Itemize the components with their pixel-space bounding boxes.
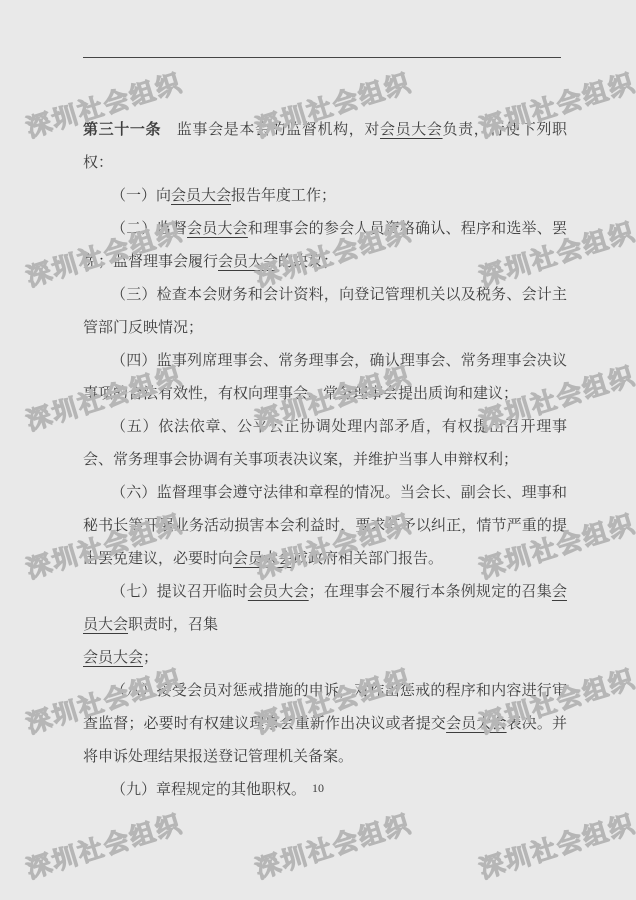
page-number: 10: [0, 781, 636, 796]
text-run: （四）监事列席理事会、常务理事会，确认理事会、常务理事会决议事项的合法有效性，有…: [83, 353, 567, 402]
underlined-term: 会员大会: [380, 122, 443, 138]
underlined-term: 会员大会: [218, 254, 278, 270]
paragraph: （七）提议召开临时会员大会；在理事会不履行本条例规定的召集会员大会职责时，召集: [83, 576, 567, 642]
paragraph: （一）向会员大会报告年度工作；: [83, 180, 567, 213]
paragraph: （八）接受会员对惩戒措施的申诉，对作出惩戒的程序和内容进行审查监督；必要时有权建…: [83, 675, 567, 774]
text-run: 职责时，召集: [128, 617, 218, 633]
paragraph: 会员大会；: [83, 642, 567, 675]
text-run: 或政府相关部门报告。: [293, 551, 443, 567]
document-body: 第三十一条 监事会是本会的监督机构，对会员大会负责，行使下列职权：（一）向会员大…: [83, 114, 567, 807]
text-run: ；在理事会不履行本条例规定的召集: [309, 584, 552, 600]
text-run: （一）向: [111, 188, 171, 204]
watermark-text: 深圳社会组织: [250, 804, 415, 886]
underlined-term: 会员大会: [248, 584, 309, 600]
text-run: （五）依法依章、公平公正协调处理内部矛盾，有权提出召开理事会、常务理事会协调有关…: [83, 419, 567, 468]
underlined-term: 会员大会: [171, 188, 231, 204]
text-run: （三）检查本会财务和会计资料，向登记管理机关以及税务、会计主管部门反映情况；: [83, 287, 567, 336]
paragraph: （四）监事列席理事会、常务理事会，确认理事会、常务理事会决议事项的合法有效性，有…: [83, 345, 567, 411]
document-page: 第三十一条 监事会是本会的监督机构，对会员大会负责，行使下列职权：（一）向会员大…: [0, 0, 636, 900]
article-number: 第三十一条: [83, 122, 161, 138]
text-run: 的决议；: [278, 254, 338, 270]
paragraph: （三）检查本会财务和会计资料，向登记管理机关以及税务、会计主管部门反映情况；: [83, 279, 567, 345]
underlined-term: 会员大会: [83, 650, 143, 666]
watermark-text: 深圳社会组织: [474, 804, 636, 886]
underlined-term: 会员大会: [187, 221, 248, 237]
paragraph: 第三十一条 监事会是本会的监督机构，对会员大会负责，行使下列职权：: [83, 114, 567, 180]
header-rule: [83, 57, 561, 58]
underlined-term: 会员大会: [446, 716, 507, 732]
text-run: ；: [143, 650, 158, 666]
watermark-text: 深圳社会组织: [21, 804, 186, 886]
paragraph: （二）监督会员大会和理事会的参会人员资格确认、程序和选举、罢免；监督理事会履行会…: [83, 213, 567, 279]
paragraph: （五）依法依章、公平公正协调处理内部矛盾，有权提出召开理事会、常务理事会协调有关…: [83, 411, 567, 477]
paragraph: （六）监督理事会遵守法律和章程的情况。当会长、副会长、理事和秘书长等开展业务活动…: [83, 477, 567, 576]
text-run: 报告年度工作；: [231, 188, 336, 204]
text-run: （二）监督: [111, 221, 187, 237]
text-run: 监事会是本会的监督机构，对: [161, 122, 380, 138]
underlined-term: 会员大会: [233, 551, 293, 567]
text-run: （七）提议召开临时: [111, 584, 248, 600]
